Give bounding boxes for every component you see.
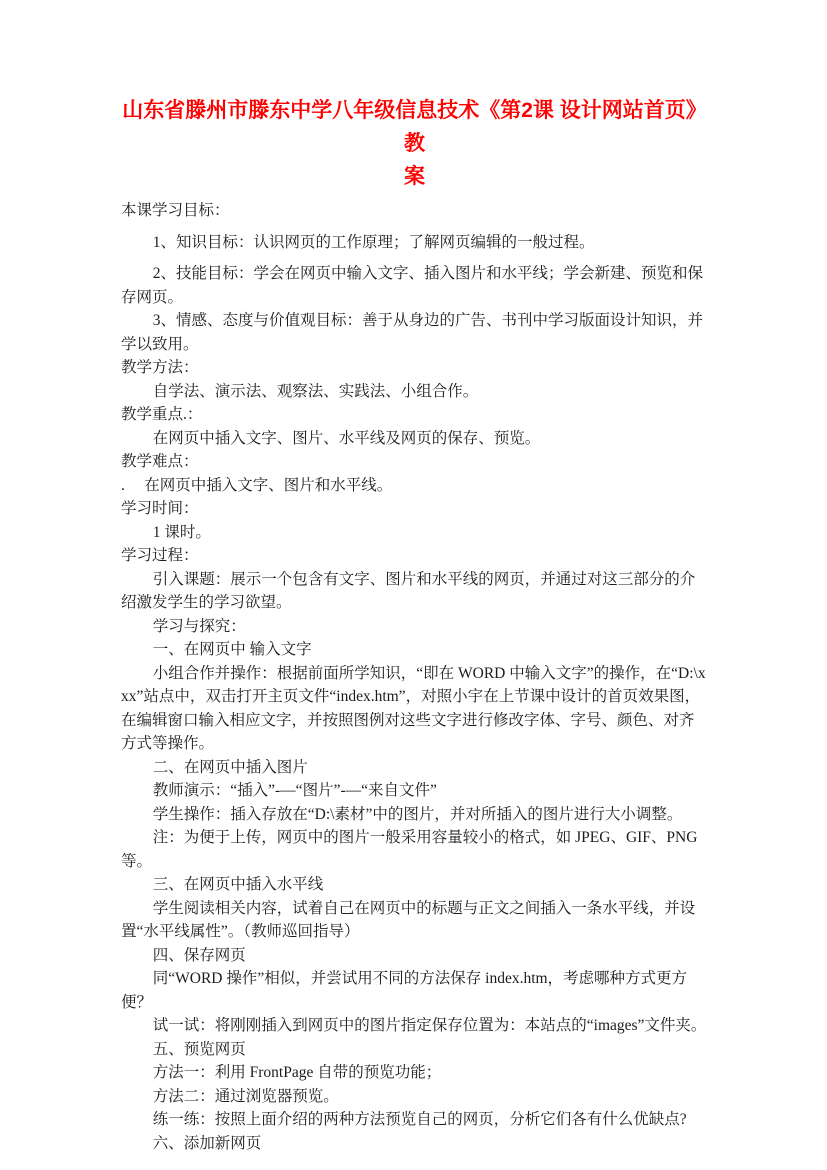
paragraph: 学生阅读相关内容，试着自己在网页中的标题与正文之间插入一条水平线，并设置“水平线… (121, 897, 708, 944)
paragraph: 四、保存网页 (121, 944, 708, 968)
title-line-1: 山东省滕州市滕东中学八年级信息技术《第2课 设计网站首页》教 (121, 94, 708, 160)
paragraph: 学习与探究： (121, 615, 708, 639)
paragraph: . 在网页中插入文字、图片和水平线。 (121, 474, 708, 498)
paragraph: 学习过程： (121, 544, 708, 568)
paragraph: 在网页中插入文字、图片、水平线及网页的保存、预览。 (121, 427, 708, 451)
paragraph: 同“WORD 操作”相似，并尝试用不同的方法保存 index.htm，考虑哪种方… (121, 967, 708, 1014)
paragraph: 学生操作：插入存放在“D:\素材”中的图片，并对所插入的图片进行大小调整。 (121, 803, 708, 827)
document-body: 本课学习目标：1、知识目标：认识网页的工作原理；了解网页编辑的一般过程。2、技能… (121, 199, 708, 1155)
paragraph: 小组合作并操作：根据前面所学知识，“即在 WORD 中输入文字”的操作，在“D:… (121, 662, 708, 756)
title-line-2: 案 (121, 160, 708, 193)
paragraph: 方法二：通过浏览器预览。 (121, 1085, 708, 1109)
document-content: 山东省滕州市滕东中学八年级信息技术《第2课 设计网站首页》教 案 本课学习目标：… (121, 94, 708, 1155)
paragraph: 六、添加新网页 (121, 1132, 708, 1156)
paragraph: 自学法、演示法、观察法、实践法、小组合作。 (121, 380, 708, 404)
paragraph: 注：为便于上传，网页中的图片一般采用容量较小的格式，如 JPEG、GIF、PNG… (121, 826, 708, 873)
paragraph: 五、预览网页 (121, 1038, 708, 1062)
paragraph: 练一练：按照上面介绍的两种方法预览自己的网页，分析它们各有什么优缺点? (121, 1108, 708, 1132)
paragraph: 2、技能目标：学会在网页中输入文字、插入图片和水平线；学会新建、预览和保存网页。 (121, 262, 708, 309)
paragraph: 学习时间： (121, 497, 708, 521)
paragraph: 教学方法： (121, 356, 708, 380)
paragraph: 教学重点.： (121, 403, 708, 427)
paragraph: 引入课题：展示一个包含有文字、图片和水平线的网页，并通过对这三部分的介绍激发学生… (121, 568, 708, 615)
paragraph: 三、在网页中插入水平线 (121, 873, 708, 897)
paragraph: 本课学习目标： (121, 199, 708, 223)
paragraph: 方法一：利用 FrontPage 自带的预览功能； (121, 1061, 708, 1085)
paragraph: 教师演示：“插入”-—“图片”-—“来自文件” (121, 779, 708, 803)
paragraph: 1、知识目标：认识网页的工作原理；了解网页编辑的一般过程。 (121, 231, 708, 255)
paragraph: 二、在网页中插入图片 (121, 756, 708, 780)
paragraph: 教学难点： (121, 450, 708, 474)
paragraph: 1 课时。 (121, 521, 708, 545)
paragraph: 一、在网页中 输入文字 (121, 638, 708, 662)
paragraph: 试一试：将刚刚插入到网页中的图片指定保存位置为：本站点的“images”文件夹。 (121, 1014, 708, 1038)
document-page: 山东省滕州市滕东中学八年级信息技术《第2课 设计网站首页》教 案 本课学习目标：… (0, 0, 827, 1170)
document-title: 山东省滕州市滕东中学八年级信息技术《第2课 设计网站首页》教 案 (121, 94, 708, 193)
paragraph: 3、情感、态度与价值观目标：善于从身边的广告、书刊中学习版面设计知识，并学以致用… (121, 309, 708, 356)
